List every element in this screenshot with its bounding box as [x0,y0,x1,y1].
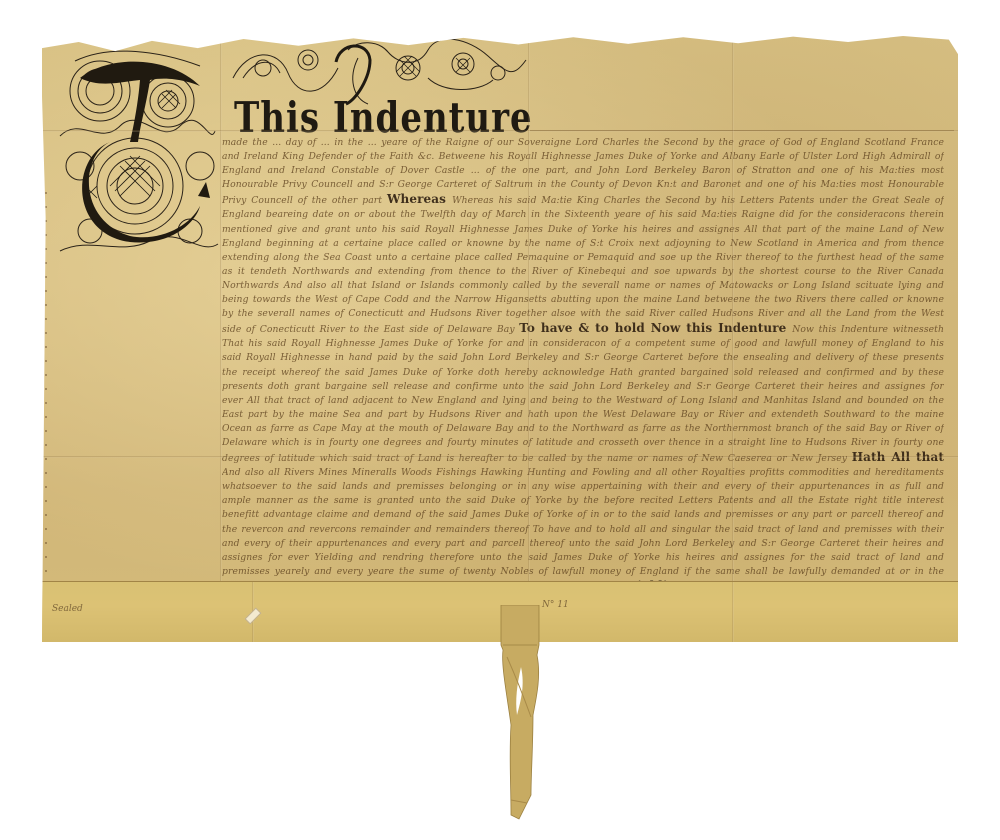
keyword-habendum: To have & to hold [519,321,650,335]
plica-fold-line [732,582,734,642]
photo-scene: This Indenture made the ... day of ... i… [0,0,1000,840]
fold-line-vertical [528,36,530,642]
fold-line-vertical [220,36,222,642]
blank-upper-margin [532,38,952,130]
handwritten-body: made the ... day of ... in the ... yeare… [222,136,944,581]
fold-line-horizontal [42,130,958,132]
plica-annotation-number: N° 11 [542,600,569,610]
keyword-witnesseth: Now this Indenture [651,321,792,335]
parchment-sheet: This Indenture made the ... day of ... i… [42,36,958,642]
plica-annotation-left: Sealed [52,604,83,614]
body-paragraph: Now this Indenture witnesseth That his s… [222,324,944,464]
keyword-whereas: Whereas [387,192,452,206]
ornamental-initial-t-icon [50,46,220,256]
fold-line-horizontal [42,456,958,458]
body-paragraph: Whereas his said Ma:tie King Charles the… [222,195,944,291]
seal-tag-icon [497,605,543,820]
pricking-marks [45,186,47,586]
fold-line-vertical [732,36,734,642]
